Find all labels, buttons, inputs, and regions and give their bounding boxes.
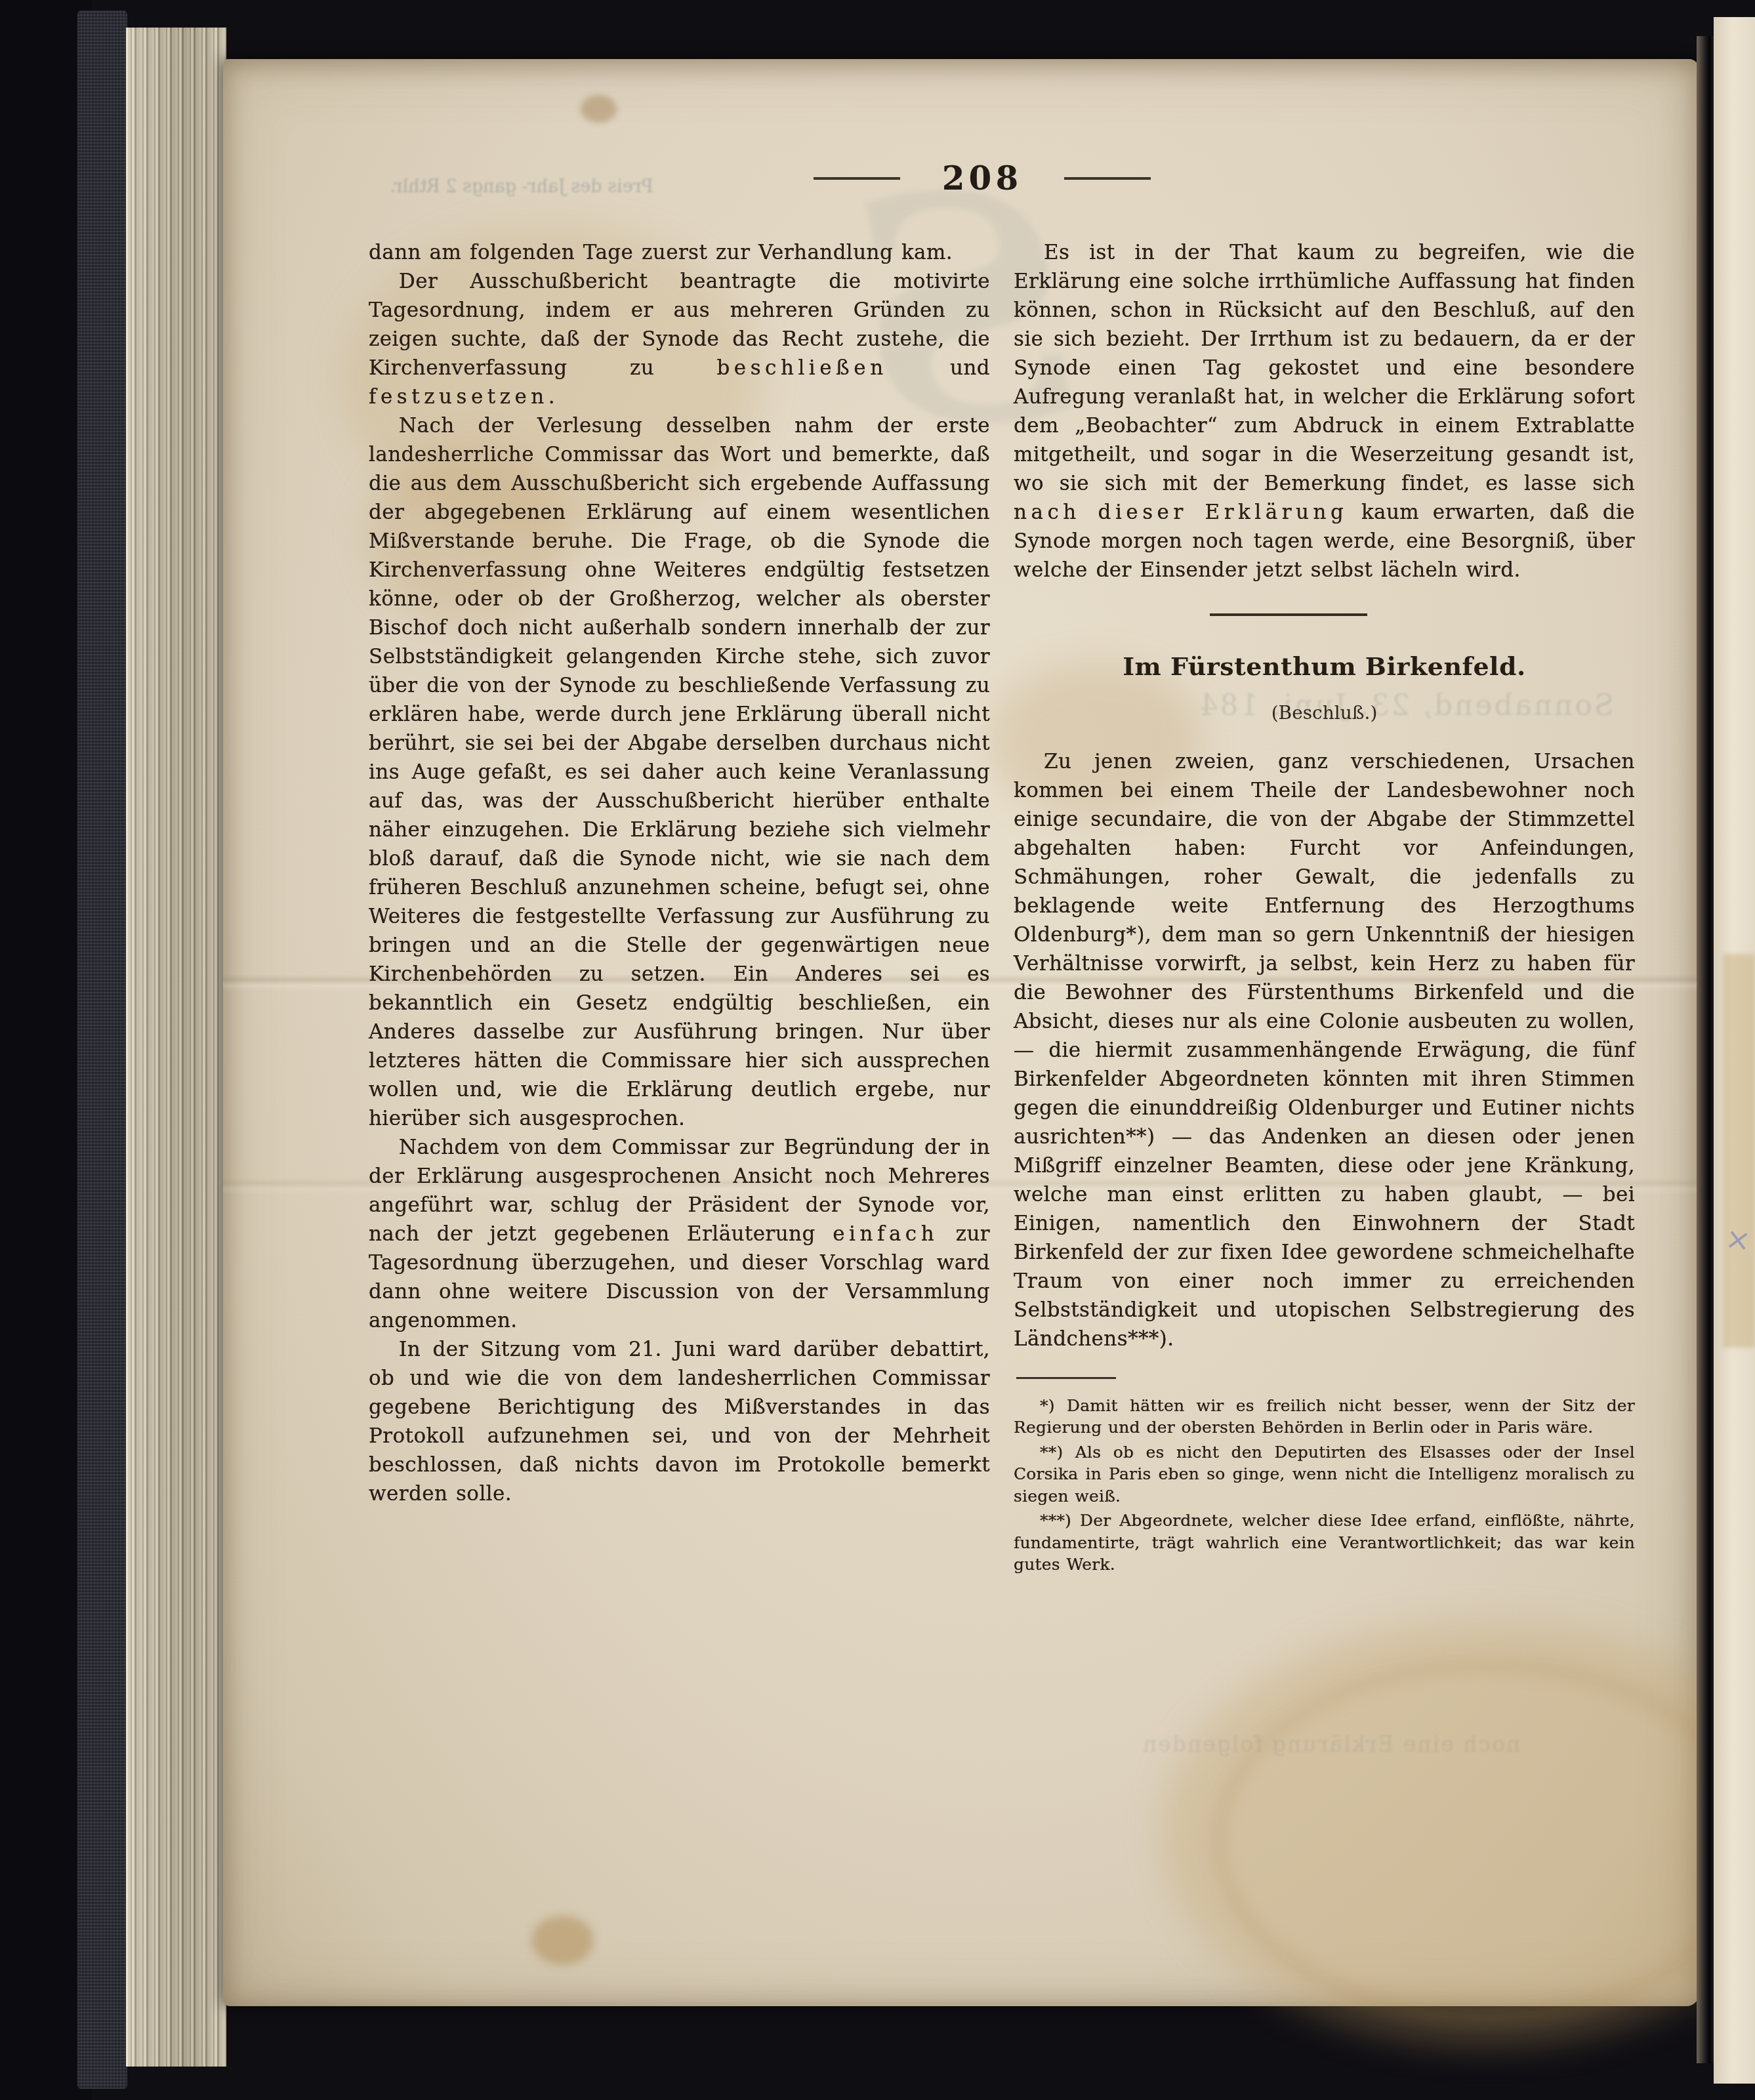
- paragraph: dann am folgenden Tage zuerst zur Verhan…: [369, 238, 990, 267]
- paragraph: *) Damit hätten wir es freilich nicht be…: [1014, 1395, 1635, 1439]
- right-column: Es ist in der That kaum zu begreifen, wi…: [1014, 238, 1635, 1578]
- text-run: beschließen: [716, 356, 887, 380]
- printed-content: 208 dann am folgenden Tage zuerst zur Ve…: [369, 159, 1635, 1578]
- text-run: .: [548, 385, 555, 409]
- text-run: Es ist in der That kaum zu begreifen, wi…: [1014, 241, 1635, 495]
- paper-stain-ring: [1214, 1660, 1755, 2022]
- article-body: Zu jenen zweien, ganz verschiedenen, Urs…: [1014, 747, 1635, 1353]
- header-left-dash: [814, 177, 900, 180]
- text-run: ***) Der Abgeordnete, welcher diese Idee…: [1014, 1511, 1635, 1574]
- text-run: und: [888, 356, 990, 380]
- page-number: 208: [942, 159, 1022, 197]
- paper-stain: [581, 95, 617, 123]
- paragraph: **) Als ob es nicht den Deputirten des E…: [1014, 1441, 1635, 1508]
- paragraph: In der Sitzung vom 21. Juni ward darüber…: [369, 1335, 990, 1508]
- header-right-dash: [1064, 177, 1151, 180]
- pencil-x-mark: ×: [1723, 1220, 1753, 1259]
- paper-stain: [1161, 1620, 1755, 2047]
- paragraph: Nach der Verlesung desselben nahm der er…: [369, 411, 990, 1133]
- text-run: In der Sitzung vom 21. Juni ward darüber…: [369, 1338, 990, 1506]
- article-subtitle: (Beschluß.): [1014, 702, 1635, 724]
- paragraph: Der Ausschußbericht beantragte die motiv…: [369, 267, 990, 411]
- page-edge-sheen: [128, 28, 226, 2067]
- text-run: Zu jenen zweien, ganz verschiedenen, Urs…: [1014, 750, 1635, 1351]
- text-run: Nach der Verlesung desselben nahm der er…: [369, 414, 990, 1130]
- section-divider-rule: [1210, 613, 1367, 616]
- footnote-separator-rule: [1016, 1377, 1116, 1379]
- footnotes: *) Damit hätten wir es freilich nicht be…: [1014, 1395, 1635, 1576]
- two-column-layout: dann am folgenden Tage zuerst zur Verhan…: [369, 238, 1635, 1578]
- text-run: nach dieser Erklärung: [1014, 501, 1348, 524]
- text-run: festzusetzen: [369, 385, 548, 409]
- left-column: dann am folgenden Tage zuerst zur Verhan…: [369, 238, 990, 1578]
- text-run: dann am folgenden Tage zuerst zur Verhan…: [369, 241, 953, 264]
- paper-stain: [531, 1916, 594, 1965]
- paragraph: ***) Der Abgeordnete, welcher diese Idee…: [1014, 1510, 1635, 1576]
- paragraph: Nachdem von dem Commissar zur Begründung…: [369, 1133, 990, 1335]
- book-cover-cloth-edge: [77, 10, 127, 2089]
- text-run: *) Damit hätten wir es freilich nicht be…: [1014, 1396, 1635, 1437]
- scanned-book-page: Preis des Jahr- gangs 2 Rthlr. S Sonnabe…: [223, 59, 1699, 2006]
- paragraph: Zu jenen zweien, ganz verschiedenen, Urs…: [1014, 747, 1635, 1353]
- next-page-edge: [1714, 17, 1755, 2084]
- right-column-intro: Es ist in der That kaum zu begreifen, wi…: [1014, 238, 1635, 585]
- text-run: einfach: [833, 1222, 938, 1246]
- book-scan-photo: { "page_number": "208", "left_column": {…: [0, 0, 1755, 2100]
- paragraph: Es ist in der That kaum zu begreifen, wi…: [1014, 238, 1635, 585]
- showthrough-text-line: noch eine Erklärung folgenden: [1142, 1731, 1520, 1758]
- fanned-page-edges: [126, 28, 226, 2067]
- tape-repair-patch: [1723, 954, 1755, 1348]
- text-run: **) Als ob es nicht den Deputirten des E…: [1014, 1443, 1635, 1506]
- article-title: Im Fürstenthum Birkenfeld.: [1014, 651, 1635, 681]
- page-header: 208: [349, 159, 1615, 197]
